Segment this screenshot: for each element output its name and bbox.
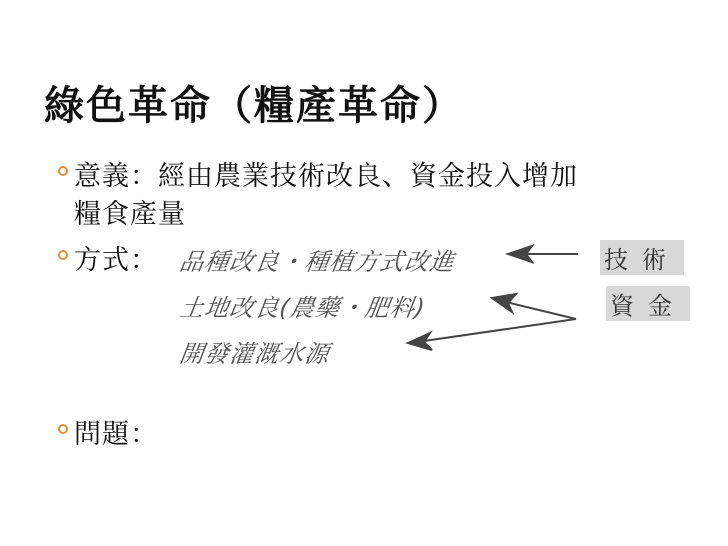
bullet-problem: 問題： (74, 412, 158, 451)
bullet-icon (58, 424, 68, 434)
arrow-icon (408, 246, 578, 350)
arrows-diagram (0, 0, 728, 546)
